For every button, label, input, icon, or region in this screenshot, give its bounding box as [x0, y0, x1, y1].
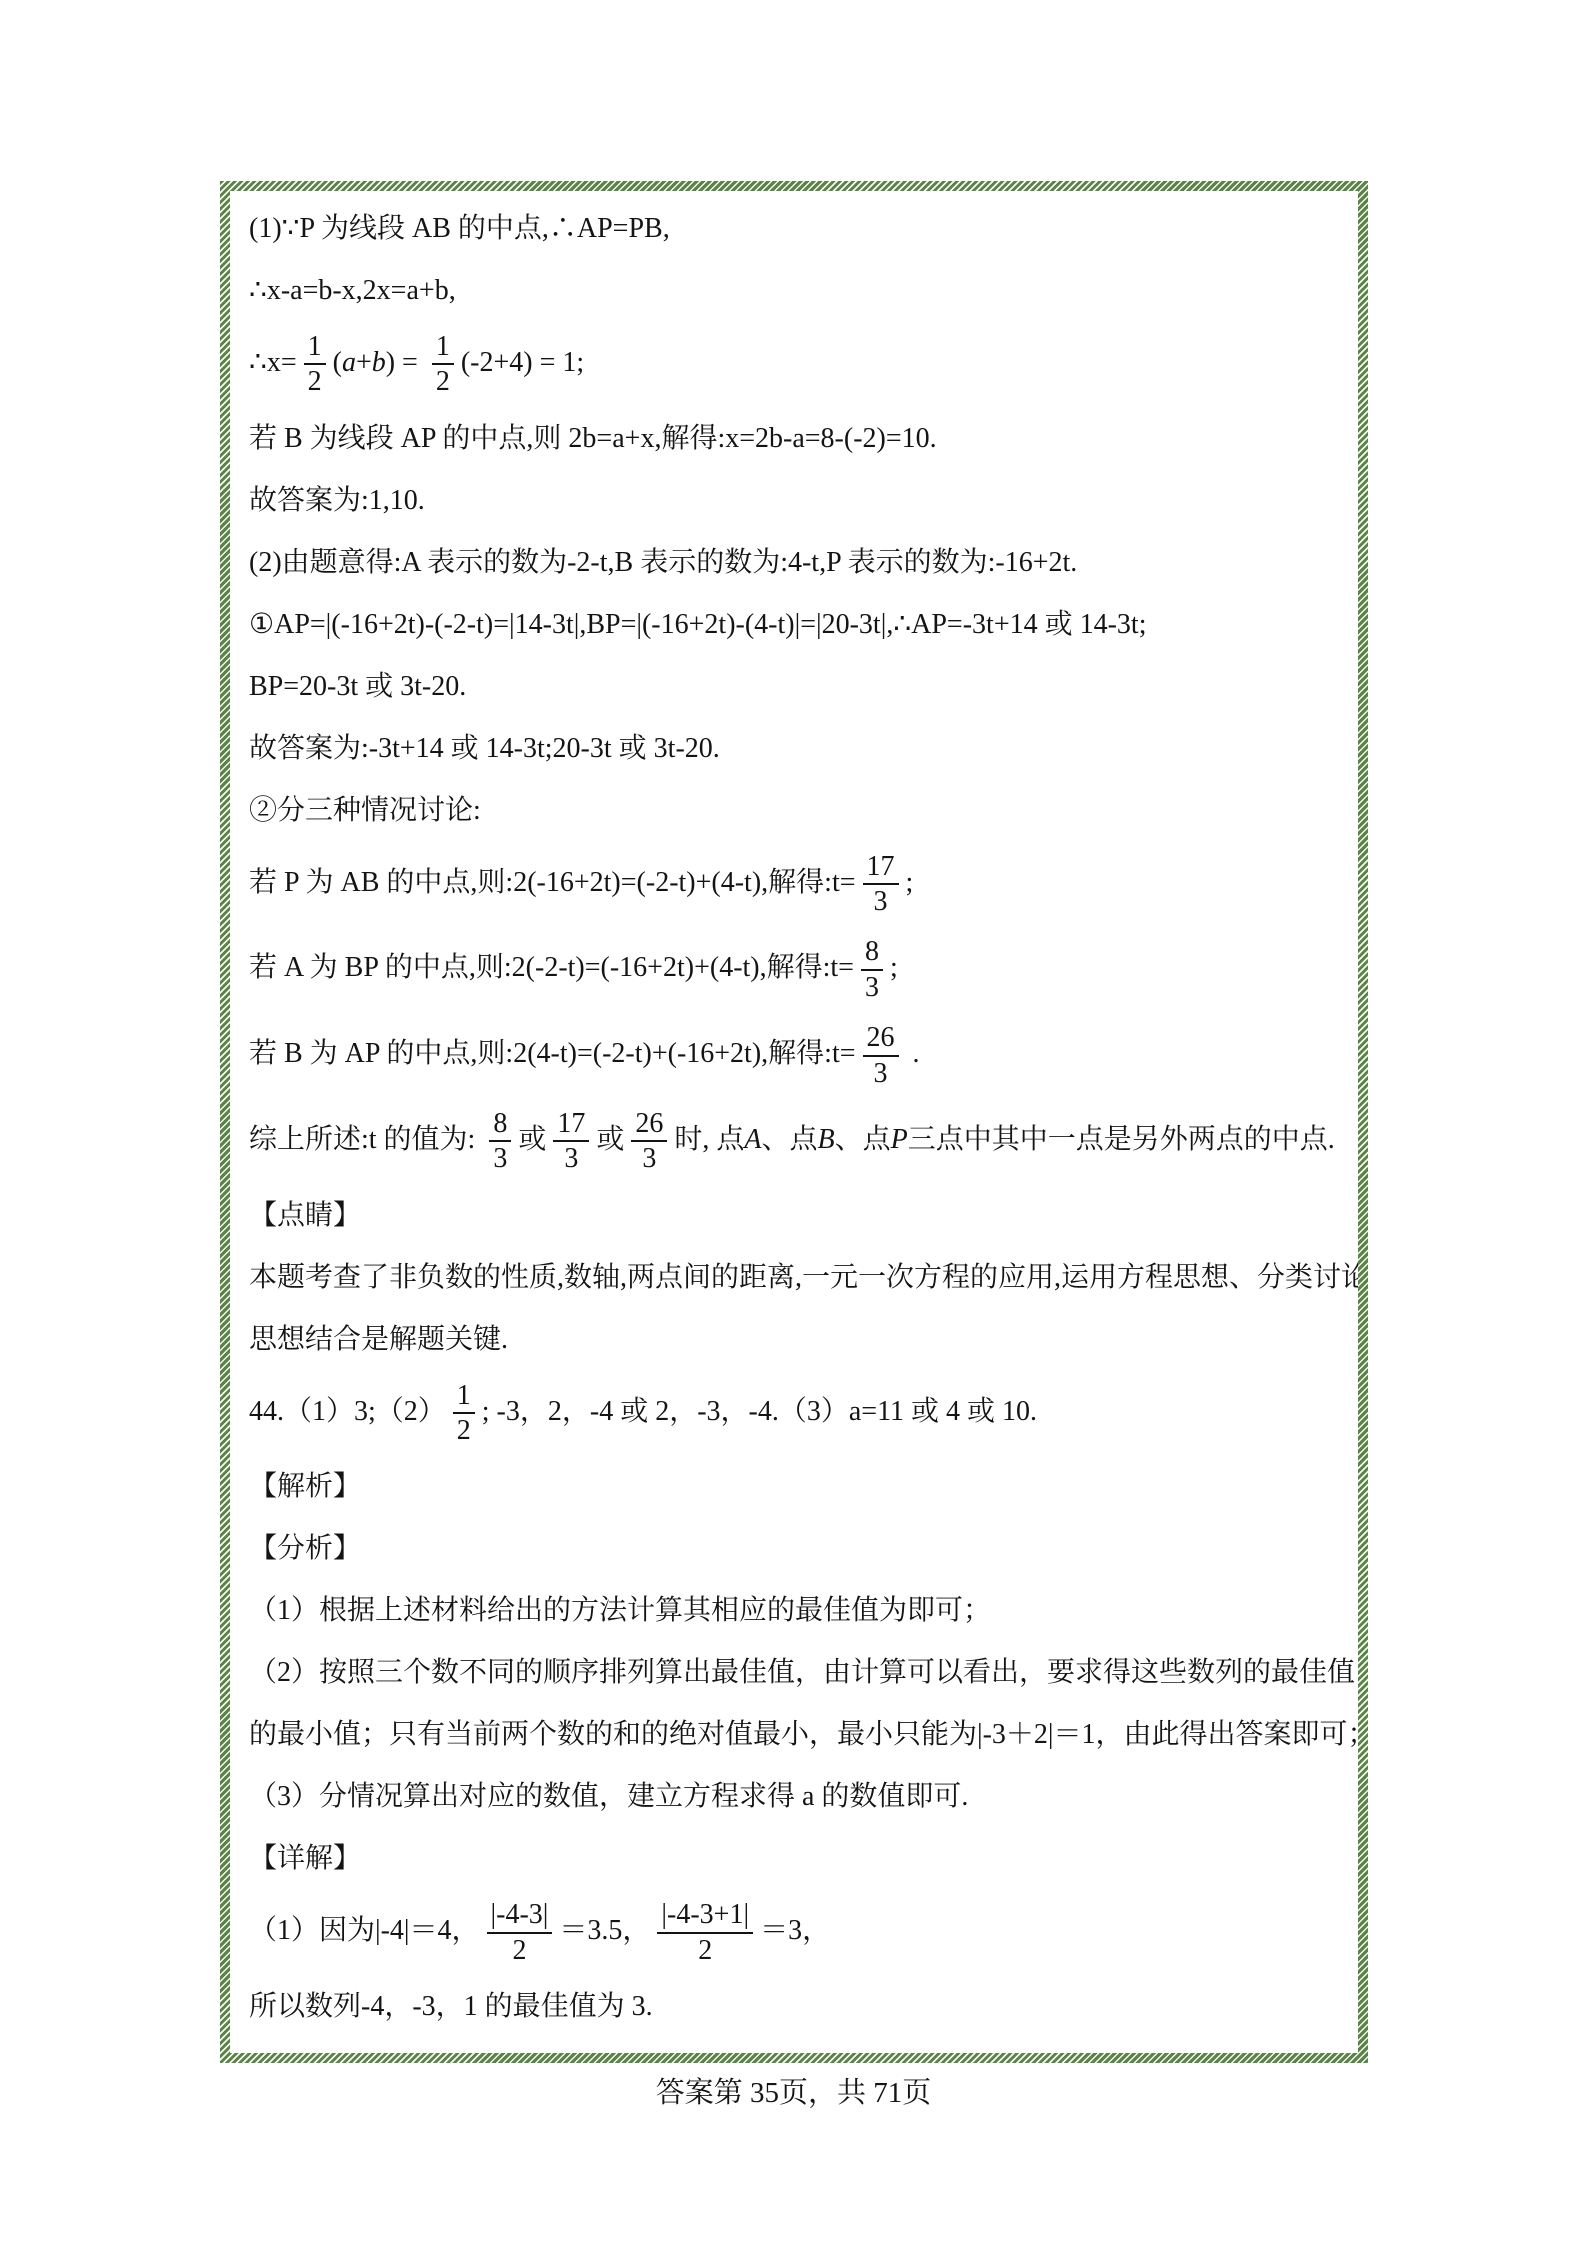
text-line-16: 本题考查了非负数的性质,数轴,两点间的距离,一元一次方程的应用,运用方程思想、分… [249, 1256, 1344, 1299]
text-line-26: （1）因为|-4|＝4，|-4-3|2＝3.5，|-4-3+1|2＝3， [249, 1899, 1344, 1966]
solution-content: (1)∵P 为线段 AB 的中点,∴AP=PB,∴x-a=b-x,2x=a+b,… [230, 191, 1358, 2053]
text-line-8: BP=20-3t 或 3t-20. [249, 665, 1344, 708]
text-line-14: 综上所述:t 的值为: 83或173或263时, 点A、点B、点P三点中其中一点… [249, 1108, 1344, 1175]
fraction: |-4-3+1|2 [657, 1899, 753, 1966]
text-line-23: 的最小值；只有当前两个数的和的绝对值最小，最小只能为|-3＋2|＝1，由此得出答… [249, 1713, 1344, 1756]
text-line-19: 【解析】 [249, 1465, 1344, 1508]
text-line-4: 若 B 为线段 AP 的中点,则 2b=a+x,解得:x=2b-a=8-(-2)… [249, 417, 1344, 460]
fraction: 173 [863, 851, 899, 918]
text-line-11: 若 P 为 AB 的中点,则:2(-16+2t)=(-2-t)+(4-t),解得… [249, 851, 1344, 918]
page-footer: 答案第 35页，共 71页 [0, 2070, 1587, 2111]
fraction: 83 [489, 1108, 511, 1175]
text-line-5: 故答案为:1,10. [249, 479, 1344, 522]
text-line-6: (2)由题意得:A 表示的数为-2-t,B 表示的数为:4-t,P 表示的数为:… [249, 541, 1344, 584]
math-variable: A [744, 1124, 761, 1155]
text-line-22: （2）按照三个数不同的顺序排列算出最佳值，由计算可以看出，要求得这些数列的最佳值 [249, 1651, 1344, 1694]
math-variable: B [818, 1124, 835, 1155]
text-line-18: 44.（1）3;（2）12; -3，2，-4 或 2，-3，-4.（3）a=11… [249, 1380, 1344, 1447]
text-line-27: 所以数列-4，-3，1 的最佳值为 3. [249, 1985, 1344, 2028]
text-line-12: 若 A 为 BP 的中点,则:2(-2-t)=(-16+2t)+(4-t),解得… [249, 936, 1344, 1003]
text-line-3: ∴x=12(a+b) = 12(-2+4) = 1; [249, 331, 1344, 398]
text-line-2: ∴x-a=b-x,2x=a+b, [249, 269, 1344, 312]
text-line-13: 若 B 为 AP 的中点,则:2(4-t)=(-2-t)+(-16+2t),解得… [249, 1022, 1344, 1089]
text-line-15: 【点睛】 [249, 1194, 1344, 1237]
math-variable: b [372, 347, 386, 378]
text-line-9: 故答案为:-3t+14 或 14-3t;20-3t 或 3t-20. [249, 727, 1344, 770]
math-variable: P [891, 1124, 908, 1155]
fraction: 263 [631, 1108, 667, 1175]
fraction: 263 [863, 1022, 899, 1089]
text-line-17: 思想结合是解题关键. [249, 1318, 1344, 1361]
text-line-21: （1）根据上述材料给出的方法计算其相应的最佳值为即可； [249, 1589, 1344, 1632]
fraction: 12 [432, 331, 454, 398]
fraction: |-4-3|2 [487, 1899, 553, 1966]
fraction: 12 [453, 1380, 475, 1447]
page-number-text: 答案第 35页，共 71页 [656, 2077, 932, 2109]
decorative-border: (1)∵P 为线段 AB 的中点,∴AP=PB,∴x-a=b-x,2x=a+b,… [220, 181, 1368, 2063]
fraction: 83 [861, 936, 883, 1003]
document-page: (1)∵P 为线段 AB 的中点,∴AP=PB,∴x-a=b-x,2x=a+b,… [0, 0, 1587, 2245]
text-line-10: ②分三种情况讨论: [249, 789, 1344, 832]
text-line-1: (1)∵P 为线段 AB 的中点,∴AP=PB, [249, 207, 1344, 250]
text-line-20: 【分析】 [249, 1527, 1344, 1570]
fraction: 173 [553, 1108, 589, 1175]
text-line-25: 【详解】 [249, 1837, 1344, 1880]
text-line-7: ①AP=|(-16+2t)-(-2-t)=|14-3t|,BP=|(-16+2t… [249, 603, 1344, 646]
fraction: 12 [304, 331, 326, 398]
math-variable: a [342, 347, 356, 378]
text-line-24: （3）分情况算出对应的数值，建立方程求得 a 的数值即可. [249, 1775, 1344, 1818]
